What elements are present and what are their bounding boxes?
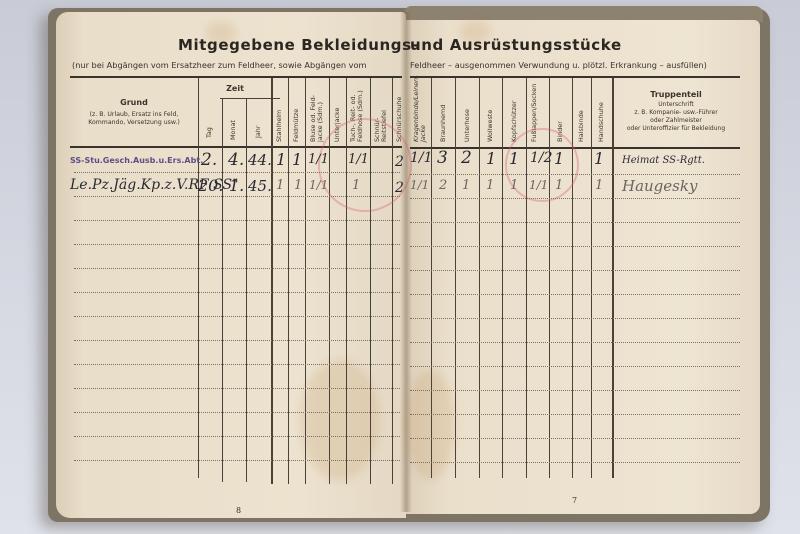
col-line	[455, 78, 456, 478]
header-bluse: Bluse od. Feld-jacke (Sdm.)	[310, 82, 324, 142]
row1-binder: 1	[554, 149, 564, 168]
row1-grund: SS-Stu.Gesch.Ausb.u.Ers.Abt.	[70, 156, 203, 165]
header-feldmuetze: Feldmütze	[293, 109, 300, 142]
row2-stahlhelm: 1	[276, 178, 284, 193]
col-line	[502, 78, 503, 478]
row1-monat: 4.	[228, 150, 244, 170]
row-line	[410, 366, 740, 367]
row2-handschuhe: 1	[595, 178, 603, 193]
row-line	[74, 292, 400, 293]
subtitle-right: Feldheer – ausgenommen Verwundung u. plö…	[410, 60, 707, 70]
col-line	[591, 78, 592, 478]
row-line	[74, 364, 400, 365]
header-truppenteil-note: Unterschrift	[614, 101, 738, 108]
header-grund-note: Kommando, Versetzung usw.)	[74, 119, 194, 126]
title-right: und Ausrüstungsstücke	[410, 36, 622, 54]
row-line	[410, 342, 740, 343]
row-line	[410, 270, 740, 271]
header-tag: Tag	[206, 127, 213, 138]
row2-bluse: 1/1	[309, 178, 328, 192]
header-monat: Monat	[230, 120, 237, 140]
row-line	[74, 412, 400, 413]
col-line	[431, 78, 432, 478]
row1-schnuerschuhe: 2	[395, 154, 404, 170]
row-line	[74, 340, 400, 341]
header-grund: Grund	[74, 98, 194, 107]
col-line	[572, 78, 573, 478]
row-line	[410, 462, 740, 463]
row1-kopfschuetzer: 1	[509, 149, 519, 168]
row1-wollweste: 1	[486, 149, 496, 168]
paper-stain	[405, 370, 455, 480]
col-line	[305, 78, 306, 484]
row-line	[74, 460, 400, 461]
row1-feldmuetze: 1	[292, 150, 302, 169]
header-stahlhelm: Stahlhelm	[276, 110, 283, 142]
row1-braunhemd: 3	[437, 148, 448, 168]
row1-truppenteil-signature: Heimat SS-Rgtt.	[622, 155, 705, 166]
header-grund-note: (z. B. Urlaub, Ersatz ins Feld,	[74, 111, 194, 118]
title-left: Mitgegebene Bekleidungs-	[178, 36, 418, 54]
header-handschuhe: Handschuhe	[598, 102, 605, 142]
header-truppenteil-note: z. B. Kompanie- usw.-Führer	[614, 109, 738, 116]
row1-kragenbinde: 1/1	[410, 150, 433, 166]
header-halsbinde: Halsbinde	[578, 110, 585, 142]
row-line	[410, 318, 740, 319]
row1-fusslappen: 1/2	[530, 150, 553, 166]
row2-braunhemd: 2	[439, 178, 447, 193]
col-line	[288, 78, 289, 484]
row-line	[410, 414, 740, 415]
col-line	[198, 78, 199, 478]
header-kopfschuetzer: Kopfschützer	[511, 101, 518, 142]
row-line	[410, 438, 740, 439]
row2-kragenbinde: 1/1	[410, 178, 429, 192]
paper-stain	[300, 360, 380, 480]
header-unterhose: Unterhose	[464, 109, 471, 142]
table-top-border	[410, 76, 740, 78]
header-truppenteil-note: oder Zahlmeister	[614, 117, 738, 124]
row2-feldmuetze: 1	[294, 178, 302, 193]
header-wollweste: Wollweste	[487, 110, 494, 142]
row-line	[74, 268, 400, 269]
header-kragenbinde: Kragenbinde/Leinen-Jacke	[413, 82, 427, 142]
row2-monat: 1.	[229, 176, 244, 195]
row1-tuchhose: 1/1	[348, 152, 369, 167]
row-line	[410, 222, 740, 223]
table-top-border	[70, 76, 402, 78]
row-line	[410, 246, 740, 247]
row1-unterhose: 2	[461, 148, 472, 168]
row-line	[74, 220, 400, 221]
row2-jahr: 45.	[248, 177, 272, 195]
row-line	[74, 388, 400, 389]
row2-binder: 1	[555, 178, 563, 193]
row2-wollweste: 1	[486, 178, 494, 193]
header-jahr: Jahr	[255, 126, 262, 138]
header-truppenteil-note: oder Unteroffizier für Bekleidung	[614, 125, 738, 132]
header-zeit: Zeit	[200, 84, 270, 93]
row-line	[74, 436, 400, 437]
col-line	[271, 78, 273, 484]
subtitle-left: (nur bei Abgängen vom Ersatzheer zum Fel…	[72, 60, 367, 70]
row1-handschuhe: 1	[594, 149, 604, 168]
row1-jahr: 44.	[248, 151, 272, 169]
row-line	[410, 294, 740, 295]
row2-tuchhose: 1	[352, 178, 360, 193]
row1-tag: 2.	[201, 150, 217, 170]
col-line	[222, 98, 223, 482]
row2-schnuerschuhe: 2	[395, 180, 404, 196]
col-line	[612, 78, 614, 478]
header-braunhemd: Braunhemd	[440, 105, 447, 142]
page-number-left: 8	[236, 506, 241, 515]
row2-fusslappen: 1/1	[529, 178, 548, 192]
header-truppenteil: Truppenteil	[614, 90, 738, 99]
row-line	[410, 390, 740, 391]
row1-bluse: 1/1	[308, 152, 329, 167]
row2-unterhose: 1	[462, 178, 470, 193]
row-line	[74, 244, 400, 245]
page-number-right: 7	[572, 496, 577, 505]
col-line	[246, 98, 247, 482]
row2-truppenteil-signature: Haugesky	[622, 177, 697, 195]
row2-kopfschuetzer: 1	[510, 178, 518, 193]
row-line	[410, 198, 740, 199]
row1-stahlhelm: 1	[276, 150, 286, 169]
row2-tag: 20.	[198, 176, 223, 195]
row-line	[74, 316, 400, 317]
col-line	[479, 78, 480, 478]
